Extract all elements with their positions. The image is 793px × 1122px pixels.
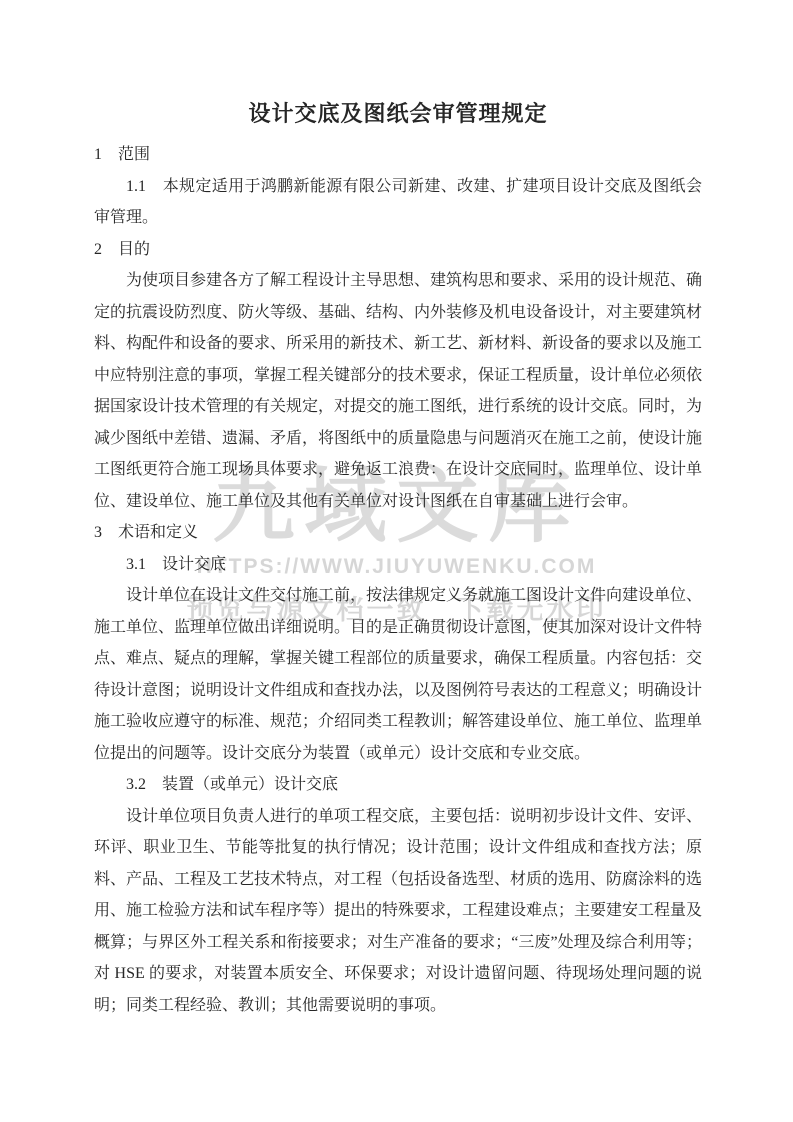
clause-1-1-paragraph: 1.1 本规定适用于鸿鹏新能源有限公司新建、改建、扩建项目设计交底及图纸会审管理… <box>94 171 702 234</box>
subsection-heading-3-1: 3.1 设计交底 <box>94 549 702 581</box>
definition-3-1-paragraph: 设计单位在设计文件交付施工前，按法律规定义务就施工图设计文件向建设单位、施工单位… <box>94 580 702 769</box>
purpose-paragraph: 为使项目参建各方了解工程设计主导思想、建筑构思和要求、采用的设计规范、确定的抗震… <box>94 265 702 517</box>
section-heading-purpose: 2 目的 <box>94 234 702 266</box>
section-heading-scope: 1 范围 <box>94 139 702 171</box>
section-heading-terms: 3 术语和定义 <box>94 517 702 549</box>
definition-3-2-paragraph: 设计单位项目负责人进行的单项工程交底，主要包括：说明初步设计文件、安评、环评、职… <box>94 801 702 1022</box>
subsection-heading-3-2: 3.2 装置（或单元）设计交底 <box>94 769 702 801</box>
document-page: 九域文库 HTTPS://WWW.JIUYUWENKU.COM 预览与源文档一致… <box>0 0 793 1122</box>
document-content: 设计交底及图纸会审管理规定 1 范围 1.1 本规定适用于鸿鹏新能源有限公司新建… <box>94 99 702 1021</box>
document-title: 设计交底及图纸会审管理规定 <box>94 99 702 129</box>
